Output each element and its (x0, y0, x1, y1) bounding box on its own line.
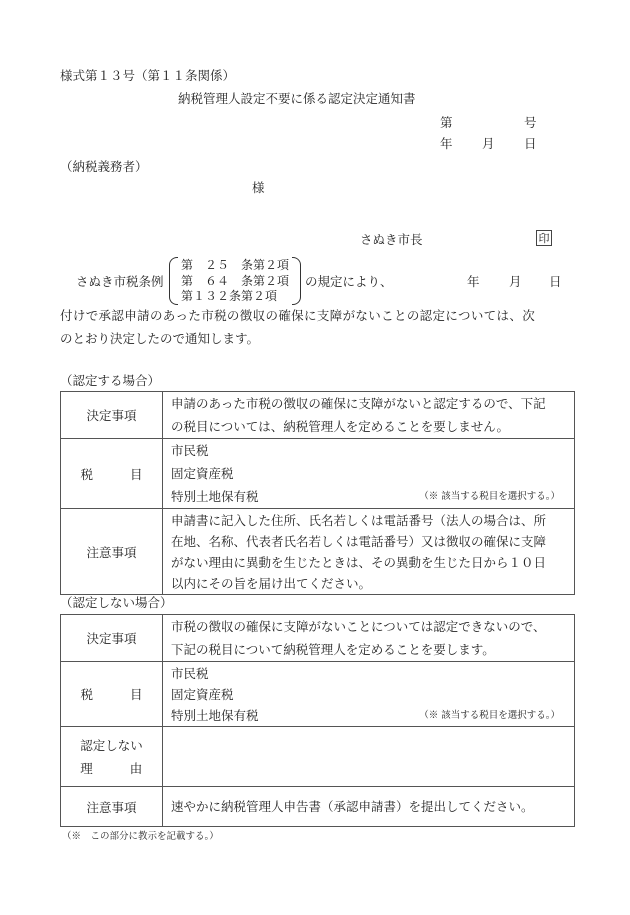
ordinance-rest: の規定により、 (305, 276, 393, 289)
notice-value: 速やかに納税管理人申告書（承認申請書）を提出してください。 (163, 787, 575, 827)
tax-list: 市民税 固定資産税 特別土地保有税 （※ 該当する税目を選択する。） (163, 662, 575, 727)
ordinance-article: 第 ２５ 条第２項 (181, 258, 289, 274)
tax-note: （※ 該当する税目を選択する。） (419, 485, 560, 508)
decision-row: 決定事項 申請のあった市税の徴収の確保に支障がないと認定するので、下記 の税目に… (61, 392, 575, 439)
reason-row: 認定しない 理由 (61, 727, 575, 787)
document-title: 納税管理人設定不要に係る認定決定通知書 (178, 93, 416, 106)
recipient-label: （納税義務者） (60, 161, 148, 174)
tax-item: 市民税 (171, 663, 574, 684)
right-bracket (292, 257, 301, 305)
notice-row: 注意事項 速やかに納税管理人申告書（承認申請書）を提出してください。 (61, 787, 575, 827)
ordinance-article: 第１３２条第２項 (181, 289, 289, 305)
text-line: 以内にその旨を届け出てください。 (171, 573, 574, 594)
application-date-year: 年 (467, 276, 480, 289)
body-text-line-1: 付けで承認申請のあった市税の徴収の確保に支障がないことの認定については、次 (60, 310, 535, 323)
text-line: 申請書に記入した住所、氏名若しくは電話番号（法人の場合は、所 (171, 510, 574, 531)
issue-date-month: 月 (482, 138, 495, 151)
tax-item: 固定資産税 (171, 462, 574, 485)
decision-label: 決定事項 (61, 615, 163, 662)
rejected-table: 決定事項 市税の徴収の確保に支障がないことについては認定できないので、 下記の税… (60, 614, 575, 827)
document-number-suffix: 号 (524, 117, 537, 130)
application-date-month: 月 (509, 276, 522, 289)
issuer-name: さぬき市長 (360, 234, 423, 247)
left-bracket (169, 257, 178, 305)
tax-list: 市民税 固定資産税 特別土地保有税 （※ 該当する税目を選択する。） (163, 439, 575, 509)
text-line: 下記の税目について納税管理人を定めることを要します。 (171, 638, 574, 661)
decision-label: 決定事項 (61, 392, 163, 439)
decision-value: 市税の徴収の確保に支障がないことについては認定できないので、 下記の税目について… (163, 615, 575, 662)
tax-label: 税 目 (61, 439, 163, 509)
seal-icon: 印 (536, 230, 552, 246)
decision-value: 申請のあった市税の徴収の確保に支障がないと認定するので、下記 の税目については、… (163, 392, 575, 439)
rejected-section-heading: （認定しない場合） (60, 597, 173, 610)
notice-row: 注意事項 申請書に記入した住所、氏名若しくは電話番号（法人の場合は、所 在地、名… (61, 509, 575, 595)
text-line: 市税の徴収の確保に支障がないことについては認定できないので、 (171, 615, 574, 638)
text-line: 申請のあった市税の徴収の確保に支障がないと認定するので、下記 (171, 392, 574, 415)
document-number-prefix: 第 (440, 117, 453, 130)
text-line: 在地、名称、代表者氏名若しくは電話番号）又は徴収の確保に支障 (171, 531, 574, 552)
reason-label: 認定しない 理由 (61, 727, 163, 787)
tax-row: 税 目 市民税 固定資産税 特別土地保有税 （※ 該当する税目を選択する。） (61, 439, 575, 509)
approved-section-heading: （認定する場合） (60, 375, 160, 388)
ordinance-label: さぬき市税条例 (76, 276, 164, 289)
ordinance-article: 第 ６４ 条第２項 (181, 274, 289, 290)
approved-table: 決定事項 申請のあった市税の徴収の確保に支障がないと認定するので、下記 の税目に… (60, 391, 575, 595)
tax-note: （※ 該当する税目を選択する。） (419, 705, 560, 726)
recipient-honorific: 様 (252, 182, 265, 195)
tax-item: 固定資産税 (171, 684, 574, 705)
body-text-line-2: のとおり決定したので通知します。 (60, 333, 259, 346)
notice-value: 申請書に記入した住所、氏名若しくは電話番号（法人の場合は、所 在地、名称、代表者… (163, 509, 575, 595)
application-date-day: 日 (549, 276, 562, 289)
tax-label: 税 目 (61, 662, 163, 727)
notice-label: 注意事項 (61, 787, 163, 827)
reason-value[interactable] (163, 727, 575, 787)
footnote: （※ この部分に教示を記載する。） (62, 832, 219, 842)
text-line: の税目については、納税管理人を定めることを要しません。 (171, 415, 574, 438)
notice-label: 注意事項 (61, 509, 163, 595)
decision-row: 決定事項 市税の徴収の確保に支障がないことについては認定できないので、 下記の税… (61, 615, 575, 662)
form-number: 様式第１３号（第１１条関係） (60, 70, 235, 83)
issue-date-day: 日 (524, 138, 537, 151)
tax-item: 市民税 (171, 439, 574, 462)
text-line: がない理由に異動を生じたときは、その異動を生じた日から１０日 (171, 552, 574, 573)
ordinance-articles: 第 ２５ 条第２項 第 ６４ 条第２項 第１３２条第２項 (169, 257, 301, 305)
tax-row: 税 目 市民税 固定資産税 特別土地保有税 （※ 該当する税目を選択する。） (61, 662, 575, 727)
reason-label-line: 認定しない (80, 734, 143, 757)
issue-date-year: 年 (440, 138, 453, 151)
